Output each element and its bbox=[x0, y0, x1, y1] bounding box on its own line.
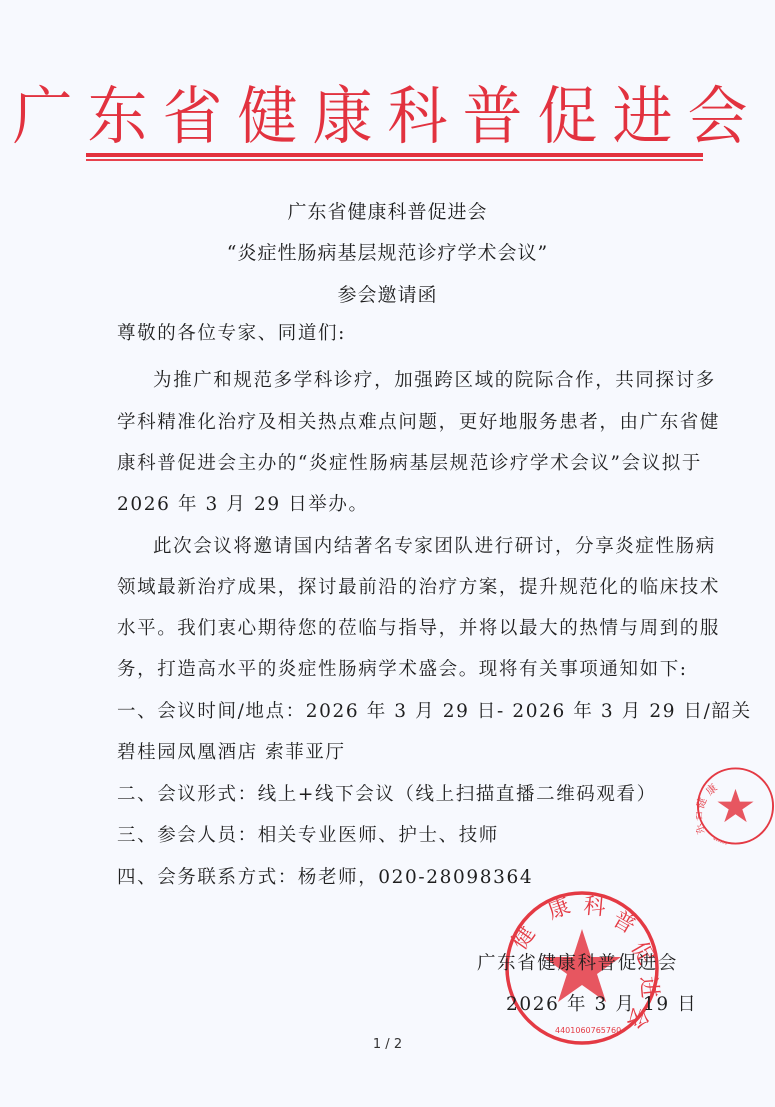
paragraph-2-line-3: 水平。我们衷心期待您的莅临与指导，并将以最大的热情与周到的服 bbox=[117, 614, 677, 640]
letterhead-title: 广东省健康科普促进会 bbox=[0, 80, 775, 154]
signature-org: 广东省健康科普促进会 bbox=[477, 949, 678, 975]
heading-meeting-title: “炎症性肠病基层规范诊疗学术会议” bbox=[0, 238, 775, 265]
paragraph-1-line-1: 为推广和规范多学科诊疗，加强跨区域的院际合作，共同探讨多 bbox=[153, 366, 713, 392]
salutation: 尊敬的各位专家、同道们: bbox=[117, 319, 677, 345]
letterhead-rule-thin bbox=[86, 159, 703, 161]
svg-text:康: 康 bbox=[545, 894, 574, 925]
item-time-location-cont: 碧桂园凤凰酒店 索菲亚厅 bbox=[117, 738, 677, 764]
paragraph-1-line-3: 康科普促进会主办的“炎症性肠病基层规范诊疗学术会议”会议拟于 bbox=[117, 449, 677, 475]
page-number: 1 / 2 bbox=[0, 1037, 775, 1052]
item-attendees: 三、参会人员：相关专业医师、护士、技师 bbox=[117, 821, 677, 847]
signature-date: 2026 年 3 月 19 日 bbox=[506, 990, 697, 1016]
svg-text:东: 东 bbox=[696, 821, 708, 836]
paragraph-1-line-4: 2026 年 3 月 29 日举办。 bbox=[117, 490, 677, 516]
svg-text:普: 普 bbox=[608, 907, 640, 940]
svg-text:科: 科 bbox=[582, 894, 606, 921]
letterhead-rule-thick bbox=[86, 153, 703, 157]
paragraph-2-line-1: 此次会议将邀请国内结著名专家团队进行研讨，分享炎症性肠病 bbox=[153, 532, 713, 558]
heading-org: 广东省健康科普促进会 bbox=[0, 197, 775, 224]
paragraph-2-line-4: 务，打造高水平的炎症性肠病学术盛会。现将有关事项通知如下: bbox=[117, 655, 677, 681]
item-format: 二、会议形式：线上+线下会议（线上扫描直播二维码观看） bbox=[117, 780, 677, 806]
svg-text:省: 省 bbox=[696, 810, 704, 821]
official-seal-stamp-partial: 康 健 省 东 440106 bbox=[696, 725, 775, 887]
paragraph-2-line-2: 领域最新治疗成果，探讨最前沿的治疗方案，提升规范化的临床技术 bbox=[117, 573, 677, 599]
item-time-location: 一、会议时间/地点：2026 年 3 月 29 日- 2026 年 3 月 29… bbox=[117, 697, 677, 723]
svg-text:4401060765760: 4401060765760 bbox=[555, 1026, 621, 1035]
paragraph-1-line-2: 学科精准化治疗及相关热点难点问题，更好地服务患者，由广东省健 bbox=[117, 408, 677, 434]
heading-invitation: 参会邀请函 bbox=[0, 280, 775, 307]
svg-text:440106: 440106 bbox=[712, 836, 728, 846]
item-contact: 四、会务联系方式：杨老师，020-28098364 bbox=[117, 863, 677, 889]
